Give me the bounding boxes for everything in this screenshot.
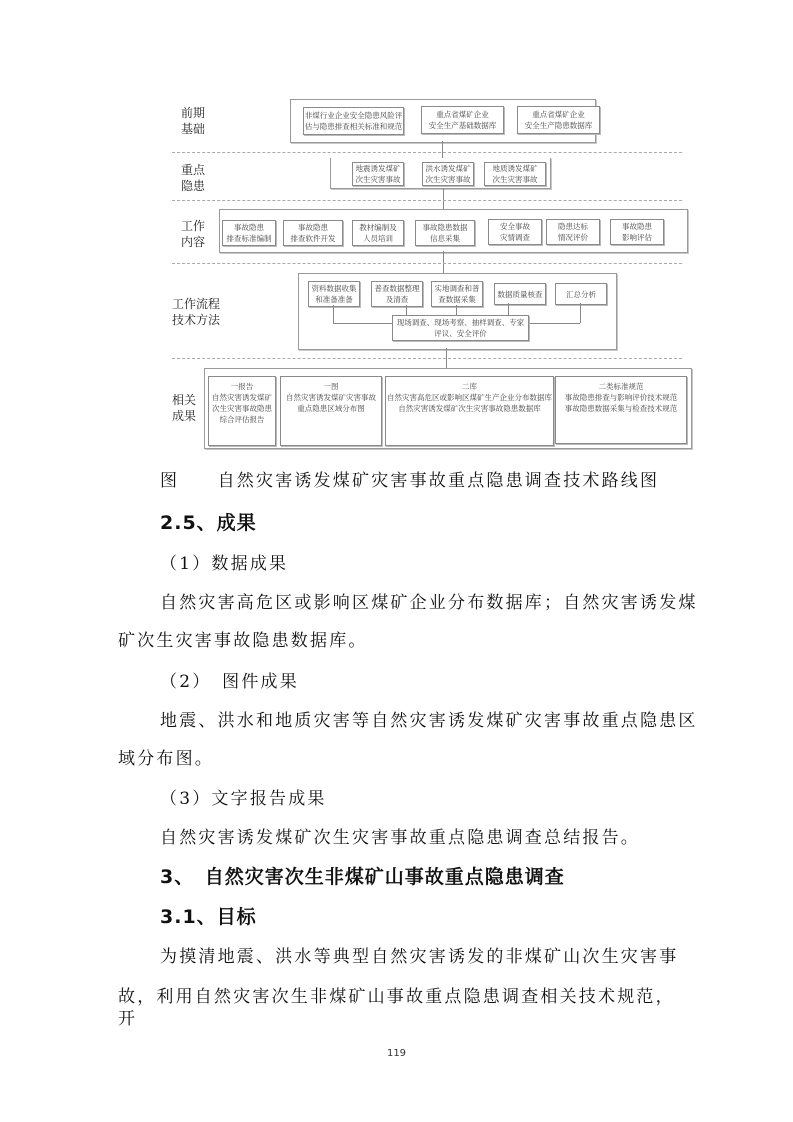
- box-quality-check: 数据质量核查: [494, 283, 546, 305]
- section-heading-2-5: 2.5、成果: [160, 512, 700, 534]
- connector: [443, 188, 444, 209]
- box-line: 自然灾害诱发煤矿次生灾害事故隐患数据库: [386, 403, 553, 414]
- section-heading-3-1: 3.1、目标: [160, 906, 700, 928]
- paragraph: 自然灾害诱发煤矿次生灾害事故重点隐患调查总结报告。: [160, 827, 700, 849]
- box-line: 次生灾害事故: [423, 174, 473, 185]
- box-basic-database: 重点省煤矿企业 安全生产基础数据库: [421, 106, 504, 134]
- box-databases: 二库 自然灾害高危区或影响区煤矿生产企业分布数据库 自然灾害诱发煤矿次生灾害事故…: [385, 376, 554, 446]
- box-earthquake: 地震诱发煤矿 次生灾害事故: [352, 162, 404, 186]
- box-line: 地质诱发煤矿: [485, 163, 545, 174]
- box-line: 影响评估: [611, 232, 663, 243]
- divider: [172, 358, 682, 359]
- row-label-work-content: 工作 内容: [181, 218, 205, 250]
- box-line: 现场调查、现场考察、抽样调查、专家: [393, 317, 528, 328]
- box-summary: 汇总分析: [555, 283, 607, 305]
- figure-caption: 图 自然灾害诱发煤矿灾害事故重点隐患调查技术路线图: [160, 470, 700, 492]
- connector: [406, 305, 407, 315]
- box-line: 二类标准规范: [556, 381, 686, 392]
- page-number: 119: [0, 1048, 793, 1059]
- divider: [172, 200, 682, 201]
- label-line: 重点: [181, 162, 205, 178]
- box-line: 次生灾害事故: [353, 174, 403, 185]
- label-line: 隐患: [181, 178, 205, 194]
- box-line: 非煤行业企业安全隐患风险评: [304, 110, 403, 121]
- box-line: 排查标准编制: [223, 233, 275, 244]
- row-label-workflow: 工作流程 技术方法: [172, 296, 220, 328]
- box-data-collection: 事故隐患数据 信息采集: [415, 220, 475, 246]
- connector: [508, 303, 509, 315]
- item-label-data: （1）数据成果: [160, 553, 700, 575]
- box-line: 重点省煤矿企业: [518, 109, 599, 120]
- box-line: 自然灾害高危区或影响区煤矿生产企业分布数据库: [386, 392, 553, 403]
- box-line: 及清查: [372, 294, 422, 305]
- box-line: 事故隐患数据采集与检查技术规范: [556, 403, 686, 414]
- box-line: 数据质量核查: [495, 289, 545, 300]
- connector: [580, 303, 581, 323]
- box-line: 教材编制及: [353, 222, 403, 233]
- box-line: 一报告: [209, 381, 275, 392]
- box-standard-compile: 事故隐患 排查标准编制: [222, 220, 276, 246]
- box-line: 事故隐患: [284, 222, 342, 233]
- box-software-dev: 事故隐患 排查软件开发: [283, 220, 343, 246]
- connector: [456, 305, 457, 315]
- box-line: 实地调查和普: [432, 283, 482, 294]
- box-line: 普查数据整理: [372, 283, 422, 294]
- box-field-survey: 实地调查和普 查数据采集: [431, 281, 483, 307]
- box-line: 重点隐患区域分布图: [281, 403, 381, 414]
- item-label-maps: （2） 图件成果: [160, 671, 700, 693]
- label-line: 前期: [181, 105, 205, 121]
- box-line: 事故隐患数据: [416, 222, 474, 233]
- label-line: 基础: [181, 121, 205, 137]
- label-line: 工作: [181, 218, 205, 234]
- label-line: 成果: [172, 408, 196, 424]
- box-line: 查数据采集: [432, 294, 482, 305]
- box-standards-outcome: 二类标准规范 事故隐患排查与影响评价技术规范 事故隐患数据采集与检查技术规范: [555, 376, 687, 444]
- box-data-sort: 普查数据整理 及清查: [371, 281, 423, 307]
- section-heading-3: 3、 自然灾害次生非煤矿山事故重点隐患调查: [160, 866, 700, 888]
- row-label-foundation: 前期 基础: [181, 105, 205, 137]
- box-line: 灾情调查: [489, 232, 541, 243]
- box-line: 次生灾害事故隐患: [209, 403, 275, 414]
- paragraph: 故，利用自然灾害次生非煤矿山事故重点隐患调查相关技术规范，开: [118, 986, 693, 1030]
- box-line: 汇总分析: [556, 289, 606, 300]
- box-prep: 资料数据收集 和准备准备: [308, 281, 360, 307]
- row-label-key-hazards: 重点 隐患: [181, 162, 205, 194]
- label-line: 内容: [181, 234, 205, 250]
- paragraph: 为摸清地震、洪水等典型自然灾害诱发的非煤矿山次生灾害事: [160, 946, 700, 968]
- box-map: 一图 自然灾害诱发煤矿灾害事故 重点隐患区域分布图: [280, 376, 382, 446]
- item-label-report: （3）文字报告成果: [160, 788, 700, 810]
- box-line: 评议、安全评价: [393, 328, 528, 339]
- box-line: 安全事故: [489, 221, 541, 232]
- box-report: 一报告 自然灾害诱发煤矿 次生灾害事故隐患 综合评估报告: [208, 376, 276, 446]
- box-line: 次生灾害事故: [485, 174, 545, 185]
- box-line: 安全生产隐患数据库: [518, 120, 599, 131]
- box-line: 地震诱发煤矿: [353, 163, 403, 174]
- box-line: 估与隐患排查相关标准和规范: [304, 121, 403, 132]
- box-line: 一图: [281, 381, 381, 392]
- paragraph: 地震、洪水和地质灾害等自然灾害诱发煤矿灾害事故重点隐患区: [160, 710, 700, 732]
- divider: [172, 152, 682, 153]
- box-line: 事故隐患: [223, 222, 275, 233]
- box-line: 信息采集: [416, 233, 474, 244]
- row-label-outcomes: 相关 成果: [172, 392, 196, 424]
- box-line: 重点省煤矿企业: [422, 109, 503, 120]
- connector: [333, 305, 334, 323]
- box-line: 隐患达标: [547, 221, 599, 232]
- box-flood: 洪水诱发煤矿 次生灾害事故: [422, 162, 474, 186]
- box-line: 综合评估报告: [209, 414, 275, 425]
- label-line: 相关: [172, 392, 196, 408]
- label-line: 工作流程: [172, 296, 220, 312]
- box-line: 洪水诱发煤矿: [423, 163, 473, 174]
- paragraph: 矿次生灾害事故隐患数据库。: [118, 630, 658, 652]
- box-training: 教材编制及 人员培训: [352, 220, 404, 246]
- box-line: 排查软件开发: [284, 233, 342, 244]
- box-hazard-database: 重点省煤矿企业 安全生产隐患数据库: [517, 106, 600, 134]
- box-compliance-eval: 隐患达标 情况评价: [546, 219, 600, 245]
- paragraph: 自然灾害高危区或影响区煤矿企业分布数据库；自然灾害诱发煤: [160, 592, 700, 614]
- box-disaster-survey: 安全事故 灾情调查: [488, 219, 542, 245]
- box-line: 自然灾害诱发煤矿灾害事故: [281, 392, 381, 403]
- connector: [527, 323, 580, 324]
- box-line: 自然灾害诱发煤矿: [209, 392, 275, 403]
- divider: [172, 263, 682, 264]
- box-impact-assessment: 事故隐患 影响评估: [610, 219, 664, 245]
- box-methods: 现场调查、现场考察、抽样调查、专家 评议、安全评价: [392, 315, 529, 341]
- box-line: 二库: [386, 381, 553, 392]
- box-line: 人员培训: [353, 233, 403, 244]
- label-line: 技术方法: [172, 312, 220, 328]
- box-line: 安全生产基础数据库: [422, 120, 503, 131]
- box-line: 资料数据收集: [309, 283, 359, 294]
- box-standards: 非煤行业企业安全隐患风险评 估与隐患排查相关标准和规范: [303, 107, 404, 135]
- box-line: 情况评价: [547, 232, 599, 243]
- box-line: 和准备准备: [309, 294, 359, 305]
- technical-route-diagram: 前期 基础 非煤行业企业安全隐患风险评 估与隐患排查相关标准和规范 重点省煤矿企…: [0, 0, 793, 460]
- box-geological: 地质诱发煤矿 次生灾害事故: [484, 162, 546, 186]
- paragraph: 域分布图。: [118, 748, 658, 770]
- connector: [333, 323, 393, 324]
- box-line: 事故隐患排查与影响评价技术规范: [556, 392, 686, 403]
- box-line: 事故隐患: [611, 221, 663, 232]
